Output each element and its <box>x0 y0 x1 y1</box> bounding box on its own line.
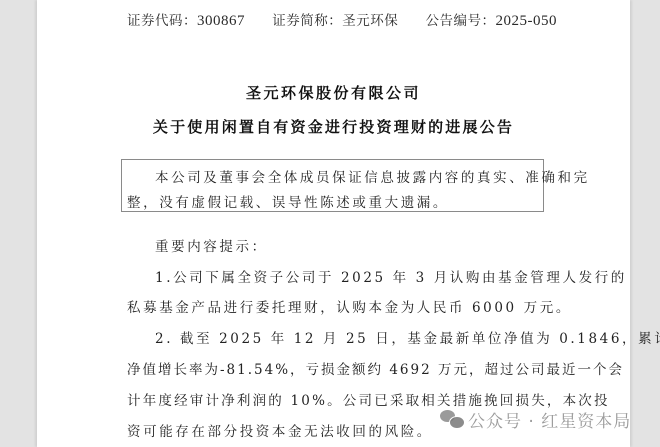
announcement-number: 公告编号：2025-050 <box>426 9 558 30</box>
body-line: 净值增长率为-81.54%，亏损金额约 4692 万元，超过公司最近一个会 <box>127 358 624 378</box>
key-points-heading: 重要内容提示： <box>155 235 268 255</box>
body-line: 资可能存在部分投资本金无法收回的风险。 <box>127 420 433 440</box>
body-line: 1.公司下属全资子公司于 2025 年 3 月认购由基金管理人发行的 <box>155 266 627 286</box>
body-line: 私募基金产品进行委托理财，认购本金为人民币 6000 万元。 <box>127 296 572 316</box>
notice-line-1: 本公司及董事会全体成员保证信息披露内容的真实、准确和完 <box>127 166 539 186</box>
announcement-number-value: 2025-050 <box>496 13 558 30</box>
company-name: 圣元环保股份有限公司 <box>37 82 630 103</box>
stock-code-value: 300867 <box>197 13 245 30</box>
notice-line-2: 整，没有虚假记载、误导性陈述或重大遗漏。 <box>127 191 539 211</box>
announcement-number-label: 公告编号： <box>426 9 496 29</box>
stock-name-label: 证券简称： <box>272 9 342 29</box>
stock-code-label: 证券代码： <box>127 9 197 29</box>
disclosure-notice-box: 本公司及董事会全体成员保证信息披露内容的真实、准确和完 整，没有虚假记载、误导性… <box>121 159 544 212</box>
wechat-watermark: 公众号 · 红星资本局 <box>440 408 631 430</box>
stock-name-value: 圣元环保 <box>342 9 398 29</box>
wechat-icon <box>440 409 464 429</box>
announcement-title: 关于使用闲置自有资金进行投资理财的进展公告 <box>37 116 630 137</box>
document-page: 证券代码：300867 证券简称：圣元环保 公告编号：2025-050 圣元环保… <box>37 0 630 447</box>
stock-name: 证券简称：圣元环保 <box>272 9 398 30</box>
watermark-text: 公众号 · 红星资本局 <box>468 407 631 432</box>
announcement-header: 证券代码：300867 证券简称：圣元环保 公告编号：2025-050 <box>127 9 557 30</box>
body-line: 2. 截至 2025 年 12 月 25 日，基金最新单位净值为 0.1846，… <box>155 327 660 347</box>
stock-code: 证券代码：300867 <box>127 9 245 30</box>
